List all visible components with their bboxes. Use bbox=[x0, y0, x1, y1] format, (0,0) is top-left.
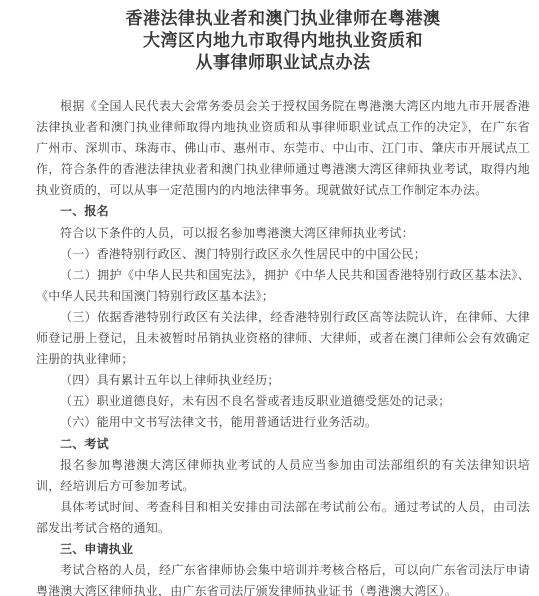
paragraph-intro: 根据《全国人民代表大会常务委员会关于授权国务院在粤港澳大湾区内地九市开展香港法律… bbox=[36, 96, 530, 201]
title-line-2: 大湾区内地九市取得内地执业资质和 bbox=[36, 30, 530, 52]
paragraph-registration-intro: 符合以下条件的人员，可以报名参加粤港澳大湾区律师执业考试： bbox=[36, 223, 530, 244]
section-heading-registration: 一、报名 bbox=[36, 201, 530, 222]
title-line-3: 从事律师职业试点办法 bbox=[36, 52, 530, 74]
title-line-1: 香港法律执业者和澳门执业律师在粤港澳 bbox=[36, 8, 530, 30]
document-page: 香港法律执业者和澳门执业律师在粤港澳 大湾区内地九市取得内地执业资质和 从事律师… bbox=[0, 0, 539, 596]
paragraph-exam-schedule: 具体考试时间、考查科目和相关安排由司法部在考试前公布。通过考试的人员，由司法部发… bbox=[36, 497, 530, 539]
section-heading-exam: 二、考试 bbox=[36, 434, 530, 455]
section-heading-practice-application: 三、申请执业 bbox=[36, 539, 530, 560]
paragraph-condition-5: （五）职业道德良好，未有因不良名誉或者违反职业道德受惩处的记录； bbox=[36, 391, 530, 412]
document-body: 根据《全国人民代表大会常务委员会关于授权国务院在粤港澳大湾区内地九市开展香港法律… bbox=[36, 96, 530, 596]
paragraph-exam-training: 报名参加粤港澳大湾区律师执业考试的人员应当参加由司法部组织的有关法律知识培训，经… bbox=[36, 455, 530, 497]
document-title: 香港法律执业者和澳门执业律师在粤港澳 大湾区内地九市取得内地执业资质和 从事律师… bbox=[36, 8, 530, 74]
paragraph-condition-4: （四）具有累计五年以上律师执业经历； bbox=[36, 370, 530, 391]
paragraph-condition-6: （六）能用中文书写法律文书，能用普通话进行业务活动。 bbox=[36, 412, 530, 433]
paragraph-practice-application: 考试合格的人员，经广东省律师协会集中培训并考核合格后，可以向广东省司法厅申请粤港… bbox=[36, 560, 530, 596]
paragraph-condition-1: （一）香港特别行政区、澳门特别行政区永久性居民中的中国公民； bbox=[36, 244, 530, 265]
paragraph-condition-2: （二）拥护《中华人民共和国宪法》，拥护《中华人民共和国香港特别行政区基本法》、《… bbox=[36, 265, 530, 307]
paragraph-condition-3: （三）依据香港特别行政区有关法律，经香港特别行政区高等法院认许，在律师、大律师登… bbox=[36, 307, 530, 370]
